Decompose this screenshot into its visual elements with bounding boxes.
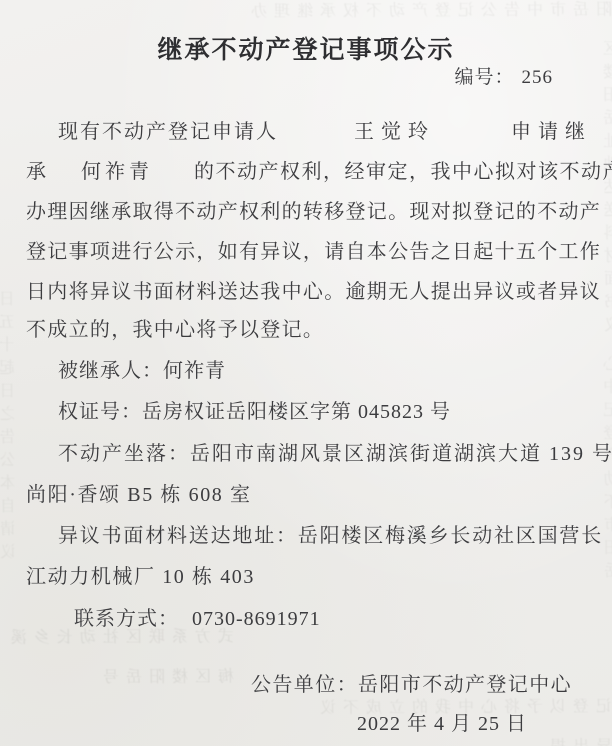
field-decedent-value: 何祚青 xyxy=(163,360,226,382)
doc-number-label: 编号： xyxy=(454,67,514,88)
field-contact-phone: 0730-8691971 xyxy=(192,608,321,630)
field-location-value-continued: 尚阳·香颂 B5 栋 608 室 xyxy=(26,484,252,506)
body-line-1-text: 现有不动产登记申请人 xyxy=(58,115,278,144)
decedent-name-inline: 何祚青 xyxy=(81,161,153,183)
body-line-4: 登记事项进行公示，如有异议，请自本公告之日起十五个工作 xyxy=(0,235,612,264)
notice-date: 2022 年 4 月 25 日 xyxy=(357,707,527,736)
field-location-label: 不动产坐落： xyxy=(58,443,190,465)
scanned-inheritance-notice-page: 阳岳市中告公记登产动不权承继理办 区楼阳岳址地达送料材面书议异请申 日五十起日之… xyxy=(0,0,612,746)
scan-bleed-texture-top: 阳岳市中告公记登产动不权承继理办 xyxy=(0,0,612,24)
field-decedent: 被继承人：何祚青 xyxy=(0,354,612,383)
scan-bleed-texture-bottom-left: 式方系联区社动长乡溪梅区楼阳岳号 xyxy=(2,617,235,746)
issuing-unit-name: 岳阳市不动产登记中心 xyxy=(358,674,572,696)
field-contact: 联系方式：0730-8691971 xyxy=(0,602,612,631)
field-objection-value-continued: 江动力机械厂 10 栋 403 xyxy=(26,566,255,588)
field-objection-value: 岳阳楼区梅溪乡长动社区国营长 xyxy=(298,525,603,547)
doc-number-value: 256 xyxy=(522,67,554,88)
issuing-unit-label: 公告单位： xyxy=(251,674,358,696)
field-certificate-label: 权证号： xyxy=(58,401,142,423)
field-decedent-label: 被继承人： xyxy=(58,360,163,382)
applicant-name: 王觉玲 xyxy=(354,115,435,144)
field-property-location-continued: 尚阳·香颂 B5 栋 608 室 xyxy=(0,478,612,507)
body-line-2-text: 承 xyxy=(26,161,46,183)
field-objection-address: 异议书面材料送达地址：岳阳楼区梅溪乡长动社区国营长 xyxy=(0,519,612,548)
field-property-location: 不动产坐落：岳阳市南湖风景区湖滨街道湖滨大道 139 号 xyxy=(0,437,612,466)
body-line-3: 办理因继承取得不动产权利的转移登记。现对拟登记的不动产 xyxy=(0,195,612,224)
body-line-5: 日内将异议书面材料送达我中心。逾期无人提出异议或者异议 xyxy=(0,275,612,304)
body-line-2: 承 何祚青 的不动产权利，经审定，我中心拟对该不动产 xyxy=(0,155,612,184)
body-line-1: 现有不动产登记申请人 王觉玲 申请继 xyxy=(0,115,612,144)
field-contact-label: 联系方式： xyxy=(74,608,179,630)
issuing-unit: 公告单位：岳阳市不动产登记中心 xyxy=(251,668,572,697)
body-line-2-tail: 的不动产权利，经审定，我中心拟对该不动产 xyxy=(194,161,612,183)
field-objection-label: 异议书面材料送达地址： xyxy=(58,525,298,547)
field-certificate-number: 权证号：岳房权证岳阳楼区字第 045823 号 xyxy=(0,395,612,424)
body-line-6: 不成立的，我中心将予以登记。 xyxy=(0,313,612,342)
notice-title: 继承不动产登记事项公示 xyxy=(0,30,612,66)
field-certificate-value: 岳房权证岳阳楼区字第 045823 号 xyxy=(142,401,451,423)
body-line-1-tail: 申请继 xyxy=(511,115,592,144)
scan-bleed-texture-mid-right: 心中记登产动不市阳岳位单告公期逾 xyxy=(593,355,612,585)
doc-number: 编号：256 xyxy=(454,62,553,89)
field-objection-address-continued: 江动力机械厂 10 栋 403 xyxy=(0,560,612,589)
field-location-value: 岳阳市南湖风景区湖滨街道湖滨大道 139 号 xyxy=(190,443,612,465)
